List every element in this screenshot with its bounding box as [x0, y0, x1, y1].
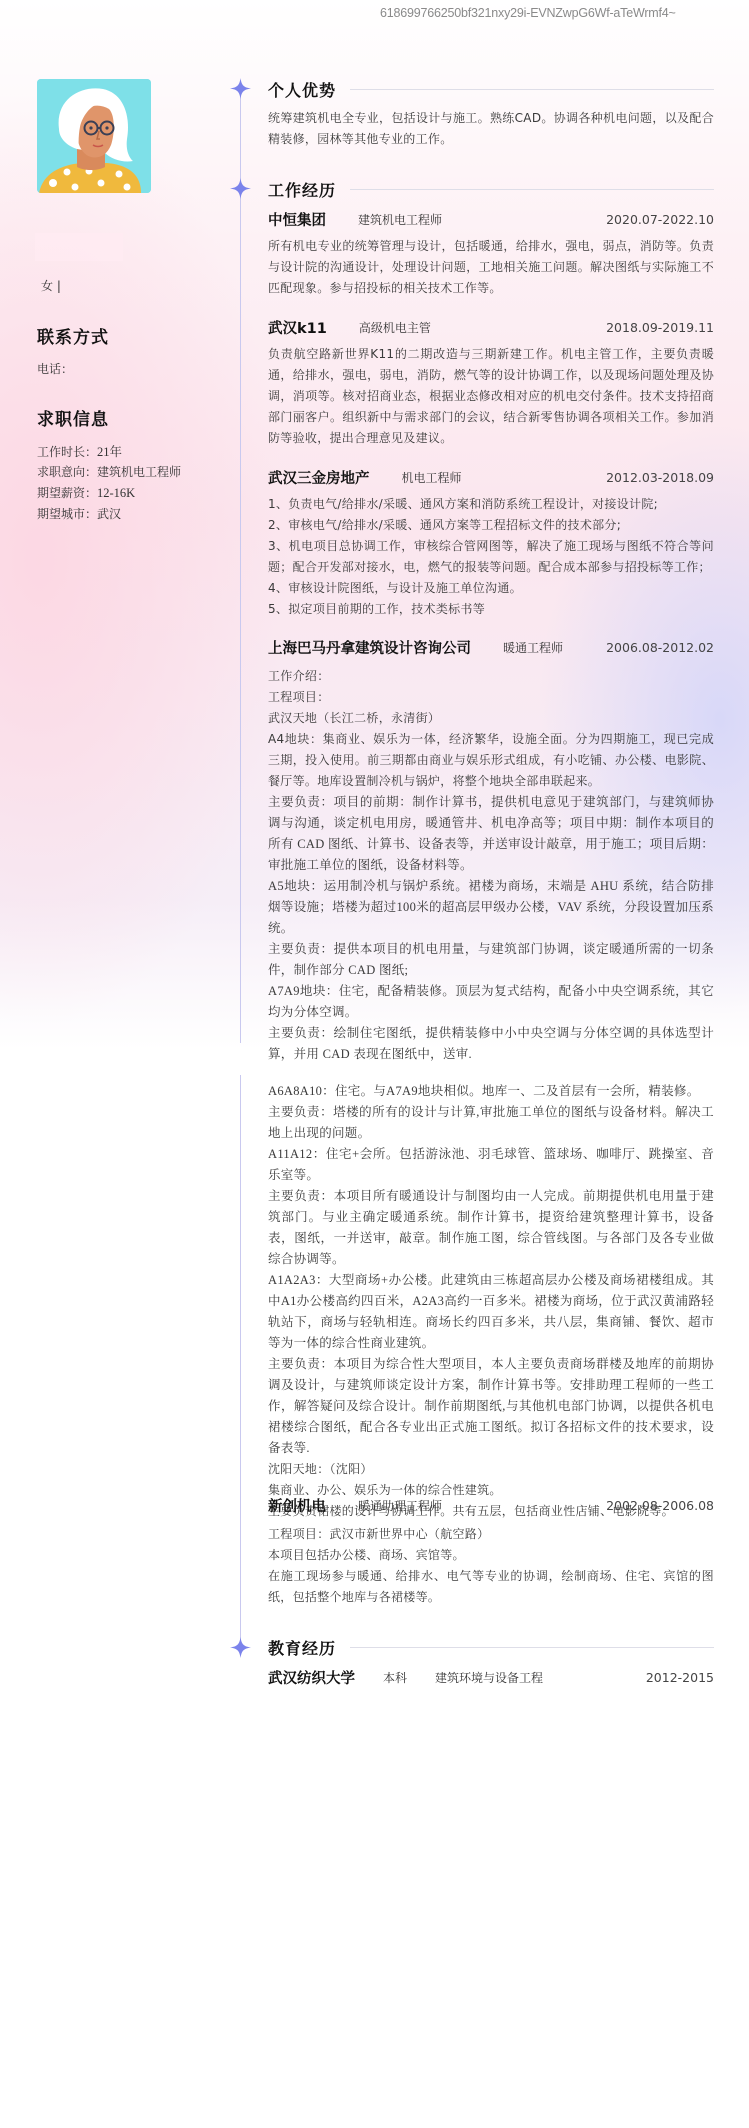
job-info-value: 12-16K — [97, 486, 135, 500]
job-role: 机电工程师 — [402, 469, 462, 486]
job-info-value: 建筑机电工程师 — [97, 465, 181, 479]
job-role: 高级机电主管 — [359, 319, 431, 336]
education-row: 武汉纺织大学 本科 建筑环境与设备工程 2012-2015 — [268, 1666, 714, 1688]
job-description: 所有机电专业的统筹管理与设计，包括暖通，给排水，强电，弱点，消防等。负责与设计院… — [268, 236, 714, 299]
avatar-illustration-icon — [37, 79, 151, 193]
job-line: 3、机电项目总协调工作，审核综合管网图等，解决了施工现场与图纸不符合等问题；配合… — [268, 536, 714, 578]
job-line: 主要负责：项目的前期：制作计算书，提供机电意见于建筑部门，与建筑师协调与沟通，谈… — [268, 792, 714, 876]
job-header: 中恒集团 建筑机电工程师 2020.07-2022.10 — [268, 208, 714, 230]
job-line: A6A8A10：住宅。与A7A9地块相似。地库一、二及首层有一会所，精装修。 — [268, 1081, 714, 1102]
section-advantage-header: 个人优势 — [268, 76, 714, 102]
section-title: 教育经历 — [268, 1636, 336, 1659]
job-description: 工程项目：武汉市新世界中心（航空路） 本项目包括办公楼、商场、宾馆等。 在施工现… — [268, 1524, 714, 1608]
job-info-work-years: 工作时长：21年 — [37, 442, 122, 460]
phone-field: 电话： — [37, 360, 73, 377]
job-description: 工作介绍： 工程项目： 武汉天地（长江二桥，永清街） A4地块：集商业、娱乐为一… — [268, 666, 714, 1065]
job-info-label: 工作时长： — [37, 445, 97, 459]
job-info-label: 求职意向： — [37, 465, 97, 479]
job-line: 主要负责：塔楼的所有的设计与计算,审批施工单位的图纸与设备材料。解决工地上出现的… — [268, 1102, 714, 1144]
company-name: 中恒集团 — [268, 209, 326, 230]
job-line: A1A2A3：大型商场+办公楼。此建筑由三栋超高层办公楼及商场裙楼组成。其中A1… — [268, 1270, 714, 1354]
section-title: 个人优势 — [268, 78, 336, 101]
company-name: 上海巴马丹拿建筑设计咨询公司 — [268, 637, 471, 658]
job-info-city: 期望城市：武汉 — [37, 505, 121, 522]
job-header: 武汉三金房地产 机电工程师 2012.03-2018.09 — [268, 466, 714, 488]
job-line: A5地块：运用制冷机与锅炉系统。裙楼为商场，末端是 AHU 系统，结合防排烟等设… — [268, 876, 714, 939]
job-line: 沈阳天地：（沈阳） — [268, 1459, 714, 1480]
section-education-header: 教育经历 — [268, 1634, 714, 1660]
job-line: 所有机电专业的统筹管理与设计，包括暖通，给排水，强电，弱点，消防等。负责与设计院… — [268, 236, 714, 299]
job-header: 新创机电 暖通助理工程师 2002.08-2006.08 — [268, 1494, 714, 1516]
advantage-paragraph: 统筹建筑机电全专业，包括设计与施工。熟练CAD。协调各种机电问题，以及配合精装修… — [268, 108, 714, 150]
job-line: 主要负责：绘制住宅图纸，提供精装修中小中央空调与分体空调的具体选型计算，并用 C… — [268, 1023, 714, 1065]
job-line: 1、负责电气/给排水/采暖、通风方案和消防系统工程设计，对接设计院; — [268, 494, 714, 515]
school-name: 武汉纺织大学 — [268, 1667, 355, 1688]
job-info-intention: 求职意向：建筑机电工程师 — [37, 463, 181, 480]
job-info-label: 期望薪资： — [37, 486, 97, 500]
job-date: 2018.09-2019.11 — [606, 320, 714, 335]
major: 建筑环境与设备工程 — [435, 1669, 543, 1686]
job-info-label: 期望城市： — [37, 507, 97, 521]
job-line: 负责航空路新世界K11的二期改造与三期新建工作。机电主管工作，主要负责暖通，给排… — [268, 344, 714, 449]
job-line: 4、审核设计院图纸，与设计及施工单位沟通。 — [268, 578, 714, 599]
section-divider — [350, 89, 714, 90]
job-info-salary: 期望薪资：12-16K — [37, 484, 135, 501]
degree: 本科 — [383, 1669, 407, 1686]
gender-line: 女 | — [41, 277, 61, 294]
job-line: 主要负责：本项目为综合性大型项目，本人主要负责商场群楼及地库的前期协调及设计，与… — [268, 1354, 714, 1459]
job-date: 2002.08-2006.08 — [606, 1498, 714, 1513]
job-line: 工程项目： — [268, 687, 714, 708]
job-description: 负责航空路新世界K11的二期改造与三期新建工作。机电主管工作，主要负责暖通，给排… — [268, 344, 714, 449]
education-date: 2012-2015 — [646, 1670, 714, 1685]
job-line: A4地块：集商业、娱乐为一体，经济繁华，设施全面。分为四期施工，现已完成三期，投… — [268, 729, 714, 792]
job-line: 本项目包括办公楼、商场、宾馆等。 — [268, 1545, 714, 1566]
candidate-name — [35, 233, 123, 261]
timeline-line — [240, 88, 241, 1043]
job-info-value: 武汉 — [97, 507, 121, 521]
job-line: A7A9地块：住宅，配备精装修。顶层为复式结构，配备小中央空调系统，其它均为分体… — [268, 981, 714, 1023]
job-role: 建筑机电工程师 — [358, 211, 442, 228]
sparkle-star-icon — [230, 178, 251, 199]
job-date: 2020.07-2022.10 — [606, 212, 714, 227]
job-header: 上海巴马丹拿建筑设计咨询公司 暖通工程师 2006.08-2012.02 — [268, 636, 714, 658]
company-name: 武汉k11 — [268, 317, 327, 338]
job-line: 武汉天地（长江二桥，永清街） — [268, 708, 714, 729]
timeline-line — [240, 1075, 241, 1650]
section-title: 工作经历 — [268, 178, 336, 201]
job-role: 暖通助理工程师 — [358, 1497, 442, 1514]
section-work-header: 工作经历 — [268, 176, 714, 202]
sparkle-star-icon — [230, 1637, 251, 1658]
job-line: A11A12：住宅+会所。包括游泳池、羽毛球管、篮球场、咖啡厅、跳操室、音乐室等… — [268, 1144, 714, 1186]
phone-label: 电话： — [37, 362, 73, 376]
sparkle-star-icon — [230, 78, 251, 99]
company-name: 武汉三金房地产 — [268, 467, 370, 488]
job-line: 主要负责：本项目所有暖通设计与制图均由一人完成。前期提供机电用量于建筑部门。与业… — [268, 1186, 714, 1270]
job-description-continued: A6A8A10：住宅。与A7A9地块相似。地库一、二及首层有一会所，精装修。 主… — [268, 1081, 714, 1522]
job-line: 工程项目：武汉市新世界中心（航空路） — [268, 1524, 714, 1545]
avatar — [37, 79, 151, 193]
section-divider — [350, 189, 714, 190]
job-date: 2012.03-2018.09 — [606, 470, 714, 485]
document-id-watermark: 618699766250bf321nxy29i-EVNZwpG6Wf-aTeWr… — [380, 6, 676, 20]
job-date: 2006.08-2012.02 — [606, 640, 714, 655]
job-line: 5、拟定项目前期的工作，技术类标书等 — [268, 599, 714, 620]
job-line: 2、审核电气/给排水/采暖、通风方案等工程招标文件的技术部分; — [268, 515, 714, 536]
job-line: 在施工现场参与暖通、给排水、电气等专业的协调，绘制商场、住宅、宾馆的图纸，包括整… — [268, 1566, 714, 1608]
advantage-text: 统筹建筑机电全专业，包括设计与施工。熟练CAD。协调各种机电问题，以及配合精装修… — [268, 108, 714, 150]
job-header: 武汉k11 高级机电主管 2018.09-2019.11 — [268, 316, 714, 338]
job-role: 暖通工程师 — [503, 639, 563, 656]
job-info-heading: 求职信息 — [37, 405, 109, 430]
job-line: 工作介绍： — [268, 666, 714, 687]
job-info-value: 21年 — [97, 445, 122, 459]
company-name: 新创机电 — [268, 1495, 326, 1516]
job-line: 主要负责：提供本项目的机电用量，与建筑部门协调，谈定暖通所需的一切条件，制作部分… — [268, 939, 714, 981]
section-divider — [350, 1647, 714, 1648]
job-description: 1、负责电气/给排水/采暖、通风方案和消防系统工程设计，对接设计院; 2、审核电… — [268, 494, 714, 620]
contact-heading: 联系方式 — [37, 323, 109, 348]
